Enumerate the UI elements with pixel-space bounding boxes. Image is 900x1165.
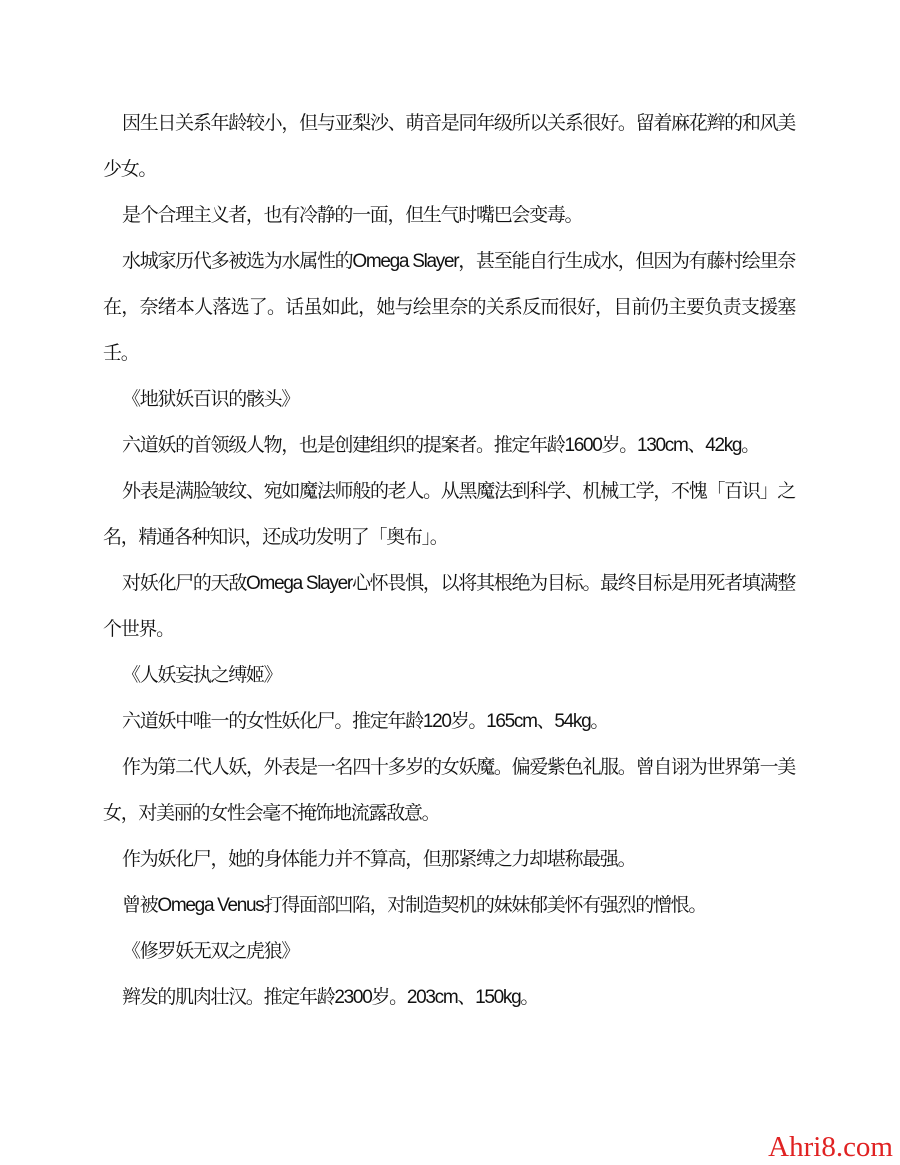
paragraph: 曾被Omega Venus打得面部凹陷，对制造契机的妹妹郁美怀有强烈的憎恨。 — [103, 883, 795, 929]
paragraph: 《修罗妖无双之虎狼》 — [103, 929, 795, 975]
document-page: 因生日关系年龄较小，但与亚梨沙、萌音是同年级所以关系很好。留着麻花辫的和风美少女… — [0, 0, 900, 1165]
paragraph: 六道妖中唯一的女性妖化尸。推定年龄120岁。165cm、54kg。 — [103, 699, 795, 745]
paragraph: 作为妖化尸，她的身体能力并不算高，但那紧缚之力却堪称最强。 — [103, 837, 795, 883]
paragraph: 辫发的肌肉壮汉。推定年龄2300岁。203cm、150kg。 — [103, 975, 795, 1021]
paragraph: 作为第二代人妖，外表是一名四十多岁的女妖魔。偏爱紫色礼服。曾自诩为世界第一美女，… — [103, 745, 795, 837]
paragraph: 《人妖妄执之缚姬》 — [103, 653, 795, 699]
text-content: 因生日关系年龄较小，但与亚梨沙、萌音是同年级所以关系很好。留着麻花辫的和风美少女… — [103, 101, 795, 1021]
paragraph: 六道妖的首领级人物，也是创建组织的提案者。推定年龄1600岁。130cm、42k… — [103, 423, 795, 469]
paragraph: 因生日关系年龄较小，但与亚梨沙、萌音是同年级所以关系很好。留着麻花辫的和风美少女… — [103, 101, 795, 193]
paragraph: 外表是满脸皱纹、宛如魔法师般的老人。从黑魔法到科学、机械工学，不愧「百识」之名，… — [103, 469, 795, 561]
paragraph: 水城家历代多被选为水属性的Omega Slayer，甚至能自行生成水，但因为有藤… — [103, 239, 795, 377]
paragraph: 《地狱妖百识的骸头》 — [103, 377, 795, 423]
paragraph: 是个合理主义者，也有冷静的一面，但生气时嘴巴会变毒。 — [103, 193, 795, 239]
paragraph: 对妖化尸的天敌Omega Slayer心怀畏惧，以将其根绝为目标。最终目标是用死… — [103, 561, 795, 653]
watermark: Ahri8.com — [768, 1133, 893, 1162]
